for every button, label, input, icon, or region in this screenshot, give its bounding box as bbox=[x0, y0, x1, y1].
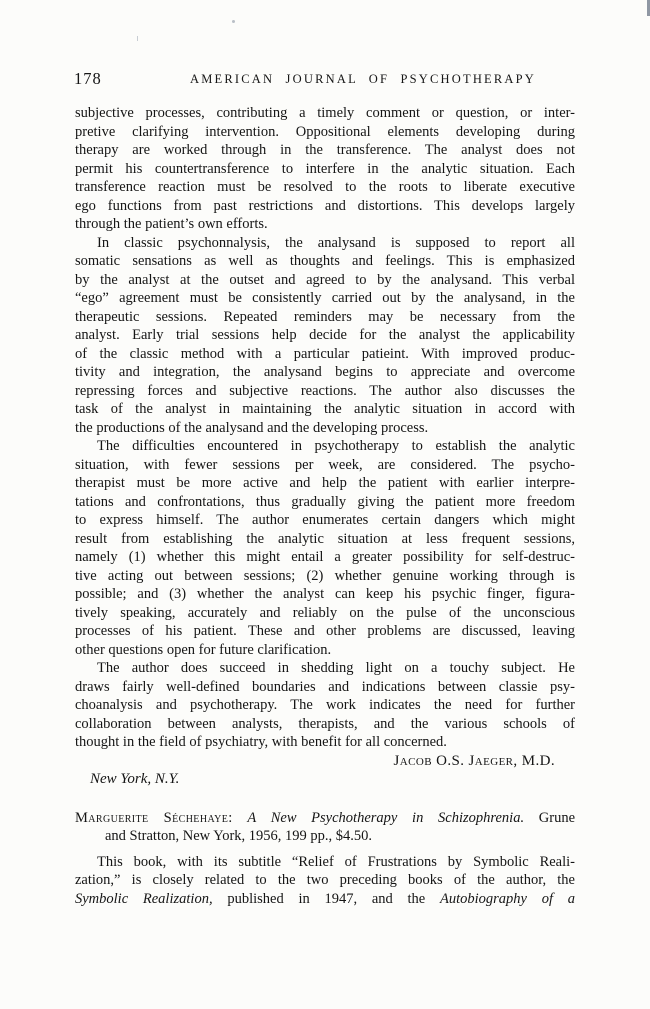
paragraph: In classic psychonnalysis, the analysand… bbox=[75, 234, 575, 438]
text-line: therapist must be more active and help t… bbox=[75, 474, 575, 493]
text-line: processes of his patient. These and othe… bbox=[75, 622, 575, 641]
italic-run: Symbolic Realization, bbox=[75, 891, 213, 907]
text-run: published in 1947, and the bbox=[213, 891, 440, 907]
reviewer-signature: Jacob O.S. Jaeger, M.D. bbox=[75, 752, 575, 771]
book-publisher-start: Grune bbox=[539, 810, 575, 826]
text-line: tivity and integration, the analysand be… bbox=[75, 363, 575, 382]
text-line: other questions open for future clarific… bbox=[75, 641, 575, 660]
text-line: namely (1) whether this might entail a g… bbox=[75, 548, 575, 567]
text-line: situation, with fewer sessions per week,… bbox=[75, 456, 575, 475]
paragraph: This book, with its subtitle “Relief of … bbox=[75, 853, 575, 909]
book-heading-line2: and Stratton, New York, 1956, 199 pp., $… bbox=[75, 827, 575, 846]
text-line: tive acting out between sessions; (2) wh… bbox=[75, 567, 575, 586]
review-jaeger-body: subjective processes, contributing a tim… bbox=[75, 104, 575, 752]
book-author: Marguerite Séchehaye: bbox=[75, 810, 233, 826]
text-line: “ego” agreement must be consistently car… bbox=[75, 289, 575, 308]
book-heading-line1: Marguerite Séchehaye: A New Psychotherap… bbox=[75, 809, 575, 828]
paragraph: The author does succeed in shedding ligh… bbox=[75, 659, 575, 752]
text-line: The difficulties encountered in psychoth… bbox=[75, 437, 575, 456]
running-head: AMERICAN JOURNAL OF PSYCHOTHERAPY bbox=[190, 72, 536, 87]
text-line: through the patient’s own efforts. bbox=[75, 215, 575, 234]
book-title: A New Psychotherapy in Schizophrenia. bbox=[247, 810, 524, 826]
text-line: repressing forces and subjective reactio… bbox=[75, 382, 575, 401]
text-line: thought in the field of psychiatry, with… bbox=[75, 733, 575, 752]
page-number: 178 bbox=[74, 69, 102, 89]
text-line: by the analyst at the outset and agreed … bbox=[75, 271, 575, 290]
text-line: transference reaction must be resolved t… bbox=[75, 178, 575, 197]
book-heading: Marguerite Séchehaye: A New Psychotherap… bbox=[75, 809, 575, 846]
text-line: In classic psychonnalysis, the analysand… bbox=[75, 234, 575, 253]
text-line: permit his countertransference to interf… bbox=[75, 160, 575, 179]
scan-artifact-speck bbox=[137, 36, 138, 41]
text-line: analyst. Early trial sessions help decid… bbox=[75, 326, 575, 345]
text-line: somatic sensations as well as thoughts a… bbox=[75, 252, 575, 271]
paragraph: The difficulties encountered in psychoth… bbox=[75, 437, 575, 659]
text-line: result from establishing the analytic si… bbox=[75, 530, 575, 549]
text-line: This book, with its subtitle “Relief of … bbox=[75, 853, 575, 872]
text-line: possible; and (3) whether the analyst ca… bbox=[75, 585, 575, 604]
italic-run: Autobiography of a bbox=[440, 891, 575, 907]
text-line: tations and confrontations, thus gradual… bbox=[75, 493, 575, 512]
text-line: of the classic method with a particular … bbox=[75, 345, 575, 364]
text-line: Symbolic Realization, published in 1947,… bbox=[75, 890, 575, 909]
paragraph: subjective processes, contributing a tim… bbox=[75, 104, 575, 234]
text-line: ego functions from past restrictions and… bbox=[75, 197, 575, 216]
text-line: subjective processes, contributing a tim… bbox=[75, 104, 575, 123]
journal-page: 178 AMERICAN JOURNAL OF PSYCHOTHERAPY su… bbox=[0, 0, 650, 1009]
review-sechehaye-body: This book, with its subtitle “Relief of … bbox=[75, 853, 575, 909]
text-line: pretive clarifying intervention. Opposit… bbox=[75, 123, 575, 142]
reviewer-location: New York, N.Y. bbox=[75, 770, 575, 789]
text-line: task of the analyst in maintaining the a… bbox=[75, 400, 575, 419]
text-line: collaboration between analysts, therapis… bbox=[75, 715, 575, 734]
text-line: choanalysis and psychotherapy. The work … bbox=[75, 696, 575, 715]
scan-artifact-speck bbox=[232, 20, 235, 23]
text-line: draws fairly well-defined boundaries and… bbox=[75, 678, 575, 697]
text-line: therapeutic sessions. Repeated reminders… bbox=[75, 308, 575, 327]
text-line: The author does succeed in shedding ligh… bbox=[75, 659, 575, 678]
text-line: therapy are worked through in the transf… bbox=[75, 141, 575, 160]
text-line: to express himself. The author enumerate… bbox=[75, 511, 575, 530]
text-line: the productions of the analysand and the… bbox=[75, 419, 575, 438]
text-line: zation,” is closely related to the two p… bbox=[75, 871, 575, 890]
text-line: tively speaking, accurately and reliably… bbox=[75, 604, 575, 623]
page-body: subjective processes, contributing a tim… bbox=[75, 104, 575, 908]
